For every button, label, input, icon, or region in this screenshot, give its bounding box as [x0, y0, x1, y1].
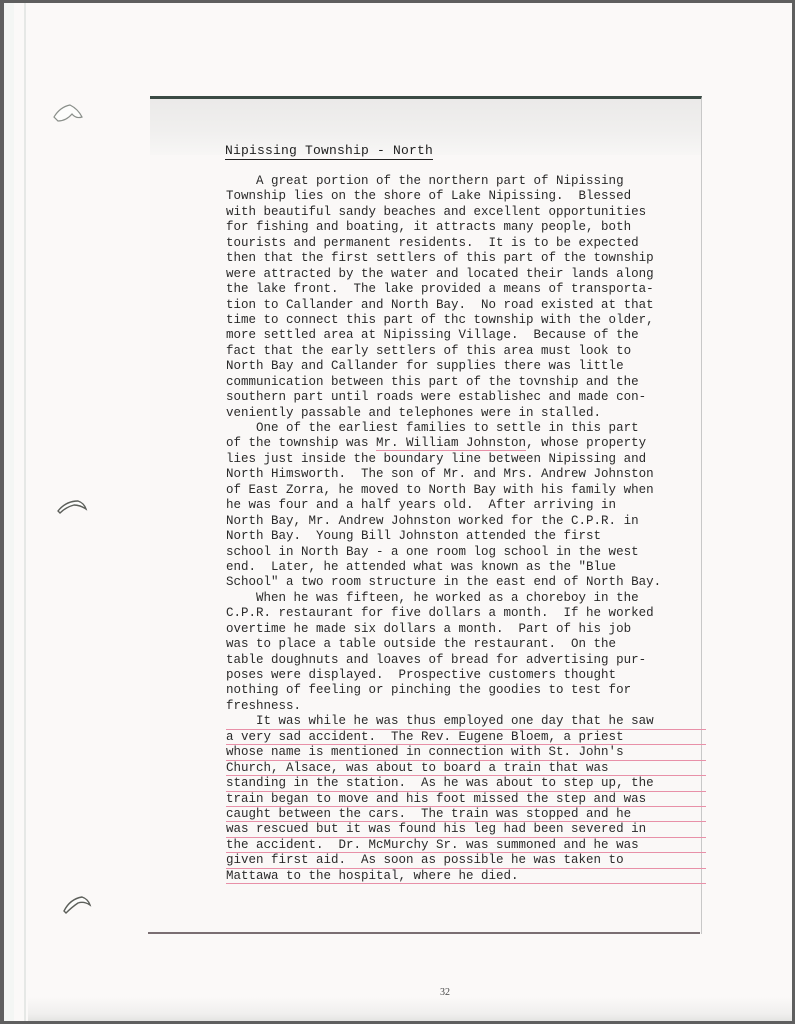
highlighted-text-line: was rescued but it was found his leg had… — [226, 822, 706, 837]
text-line: time to connect this part of thc townshi… — [226, 313, 706, 328]
text-line: of the township was Mr. William Johnston… — [226, 436, 706, 451]
highlighted-text-line: Church, Alsace, was about to board a tra… — [226, 761, 706, 776]
text-line: C.P.R. restaurant for five dollars a mon… — [226, 606, 706, 621]
text-line: nothing of feeling or pinching the goodi… — [226, 683, 706, 698]
text-line: were attracted by the water and located … — [226, 267, 706, 282]
text-line: more settled area at Nipissing Village. … — [226, 328, 706, 343]
text-line: communication between this part of the t… — [226, 375, 706, 390]
text-line: southern part until roads were establish… — [226, 390, 706, 405]
highlighted-text-line: whose name is mentioned in connection wi… — [226, 745, 706, 760]
underlined-name: Mr. William Johnston — [376, 436, 526, 451]
text-line: North Bay, Mr. Andrew Johnston worked fo… — [226, 514, 706, 529]
text-line: fact that the early settlers of this are… — [226, 344, 706, 359]
highlighted-text-line: caught between the cars. The train was s… — [226, 807, 706, 822]
text-line: of East Zorra, he moved to North Bay wit… — [226, 483, 706, 498]
page-edge-shadow — [24, 3, 26, 1021]
text-line: A great portion of the northern part of … — [226, 174, 706, 189]
highlighted-text-line: given first aid. As soon as possible he … — [226, 853, 706, 868]
text-line: tion to Callander and North Bay. No road… — [226, 298, 706, 313]
highlighted-text-line: the accident. Dr. McMurchy Sr. was summo… — [226, 838, 706, 853]
punch-hole-icon — [50, 101, 90, 129]
highlighted-text-line: train began to move and his foot missed … — [226, 792, 706, 807]
text-line: Township lies on the shore of Lake Nipis… — [226, 189, 706, 204]
page-bottom-curl — [28, 997, 792, 1021]
text-line: When he was fifteen, he worked as a chor… — [226, 591, 706, 606]
highlighted-text-line: standing in the station. As he was about… — [226, 776, 706, 791]
typed-sheet: Nipissing Township - North A great porti… — [150, 96, 702, 934]
text-line: freshness. — [226, 699, 706, 714]
highlighted-text-line: Mattawa to the hospital, where he died. — [226, 869, 706, 884]
text-line: table doughnuts and loaves of bread for … — [226, 653, 706, 668]
text-line: North Bay and Callander for supplies the… — [226, 359, 706, 374]
text-line: was to place a table outside the restaur… — [226, 637, 706, 652]
text-line: lies just inside the boundary line betwe… — [226, 452, 706, 467]
page-number: 32 — [440, 987, 450, 998]
page-title: Nipissing Township - North — [225, 144, 433, 160]
text-line: school in North Bay - a one room log sch… — [226, 545, 706, 560]
text-line: the lake front. The lake provided a mean… — [226, 282, 706, 297]
text-line: he was four and a half years old. After … — [226, 498, 706, 513]
text-line: with beautiful sandy beaches and excelle… — [226, 205, 706, 220]
text-line: end. Later, he attended what was known a… — [226, 560, 706, 575]
text-line: North Bay. Young Bill Johnston attended … — [226, 529, 706, 544]
text-line: One of the earliest families to settle i… — [226, 421, 706, 436]
text-line: North Himsworth. The son of Mr. and Mrs.… — [226, 467, 706, 482]
text-line: poses were displayed. Prospective custom… — [226, 668, 706, 683]
highlighted-text-line: It was while he was thus employed one da… — [226, 714, 706, 729]
typed-sheet-bottom-edge — [148, 932, 700, 934]
text-line: School" a two room structure in the east… — [226, 575, 706, 590]
text-line: overtime he made six dollars a month. Pa… — [226, 622, 706, 637]
text-line: for fishing and boating, it attracts man… — [226, 220, 706, 235]
body-text: A great portion of the northern part of … — [226, 174, 706, 884]
highlighted-text-line: a very sad accident. The Rev. Eugene Blo… — [226, 730, 706, 745]
punch-hole-icon — [58, 893, 98, 921]
punch-hole-icon — [54, 493, 94, 521]
text-line: then that the first settlers of this par… — [226, 251, 706, 266]
text-line: tourists and permanent residents. It is … — [226, 236, 706, 251]
text-line: veniently passable and telephones were i… — [226, 406, 706, 421]
